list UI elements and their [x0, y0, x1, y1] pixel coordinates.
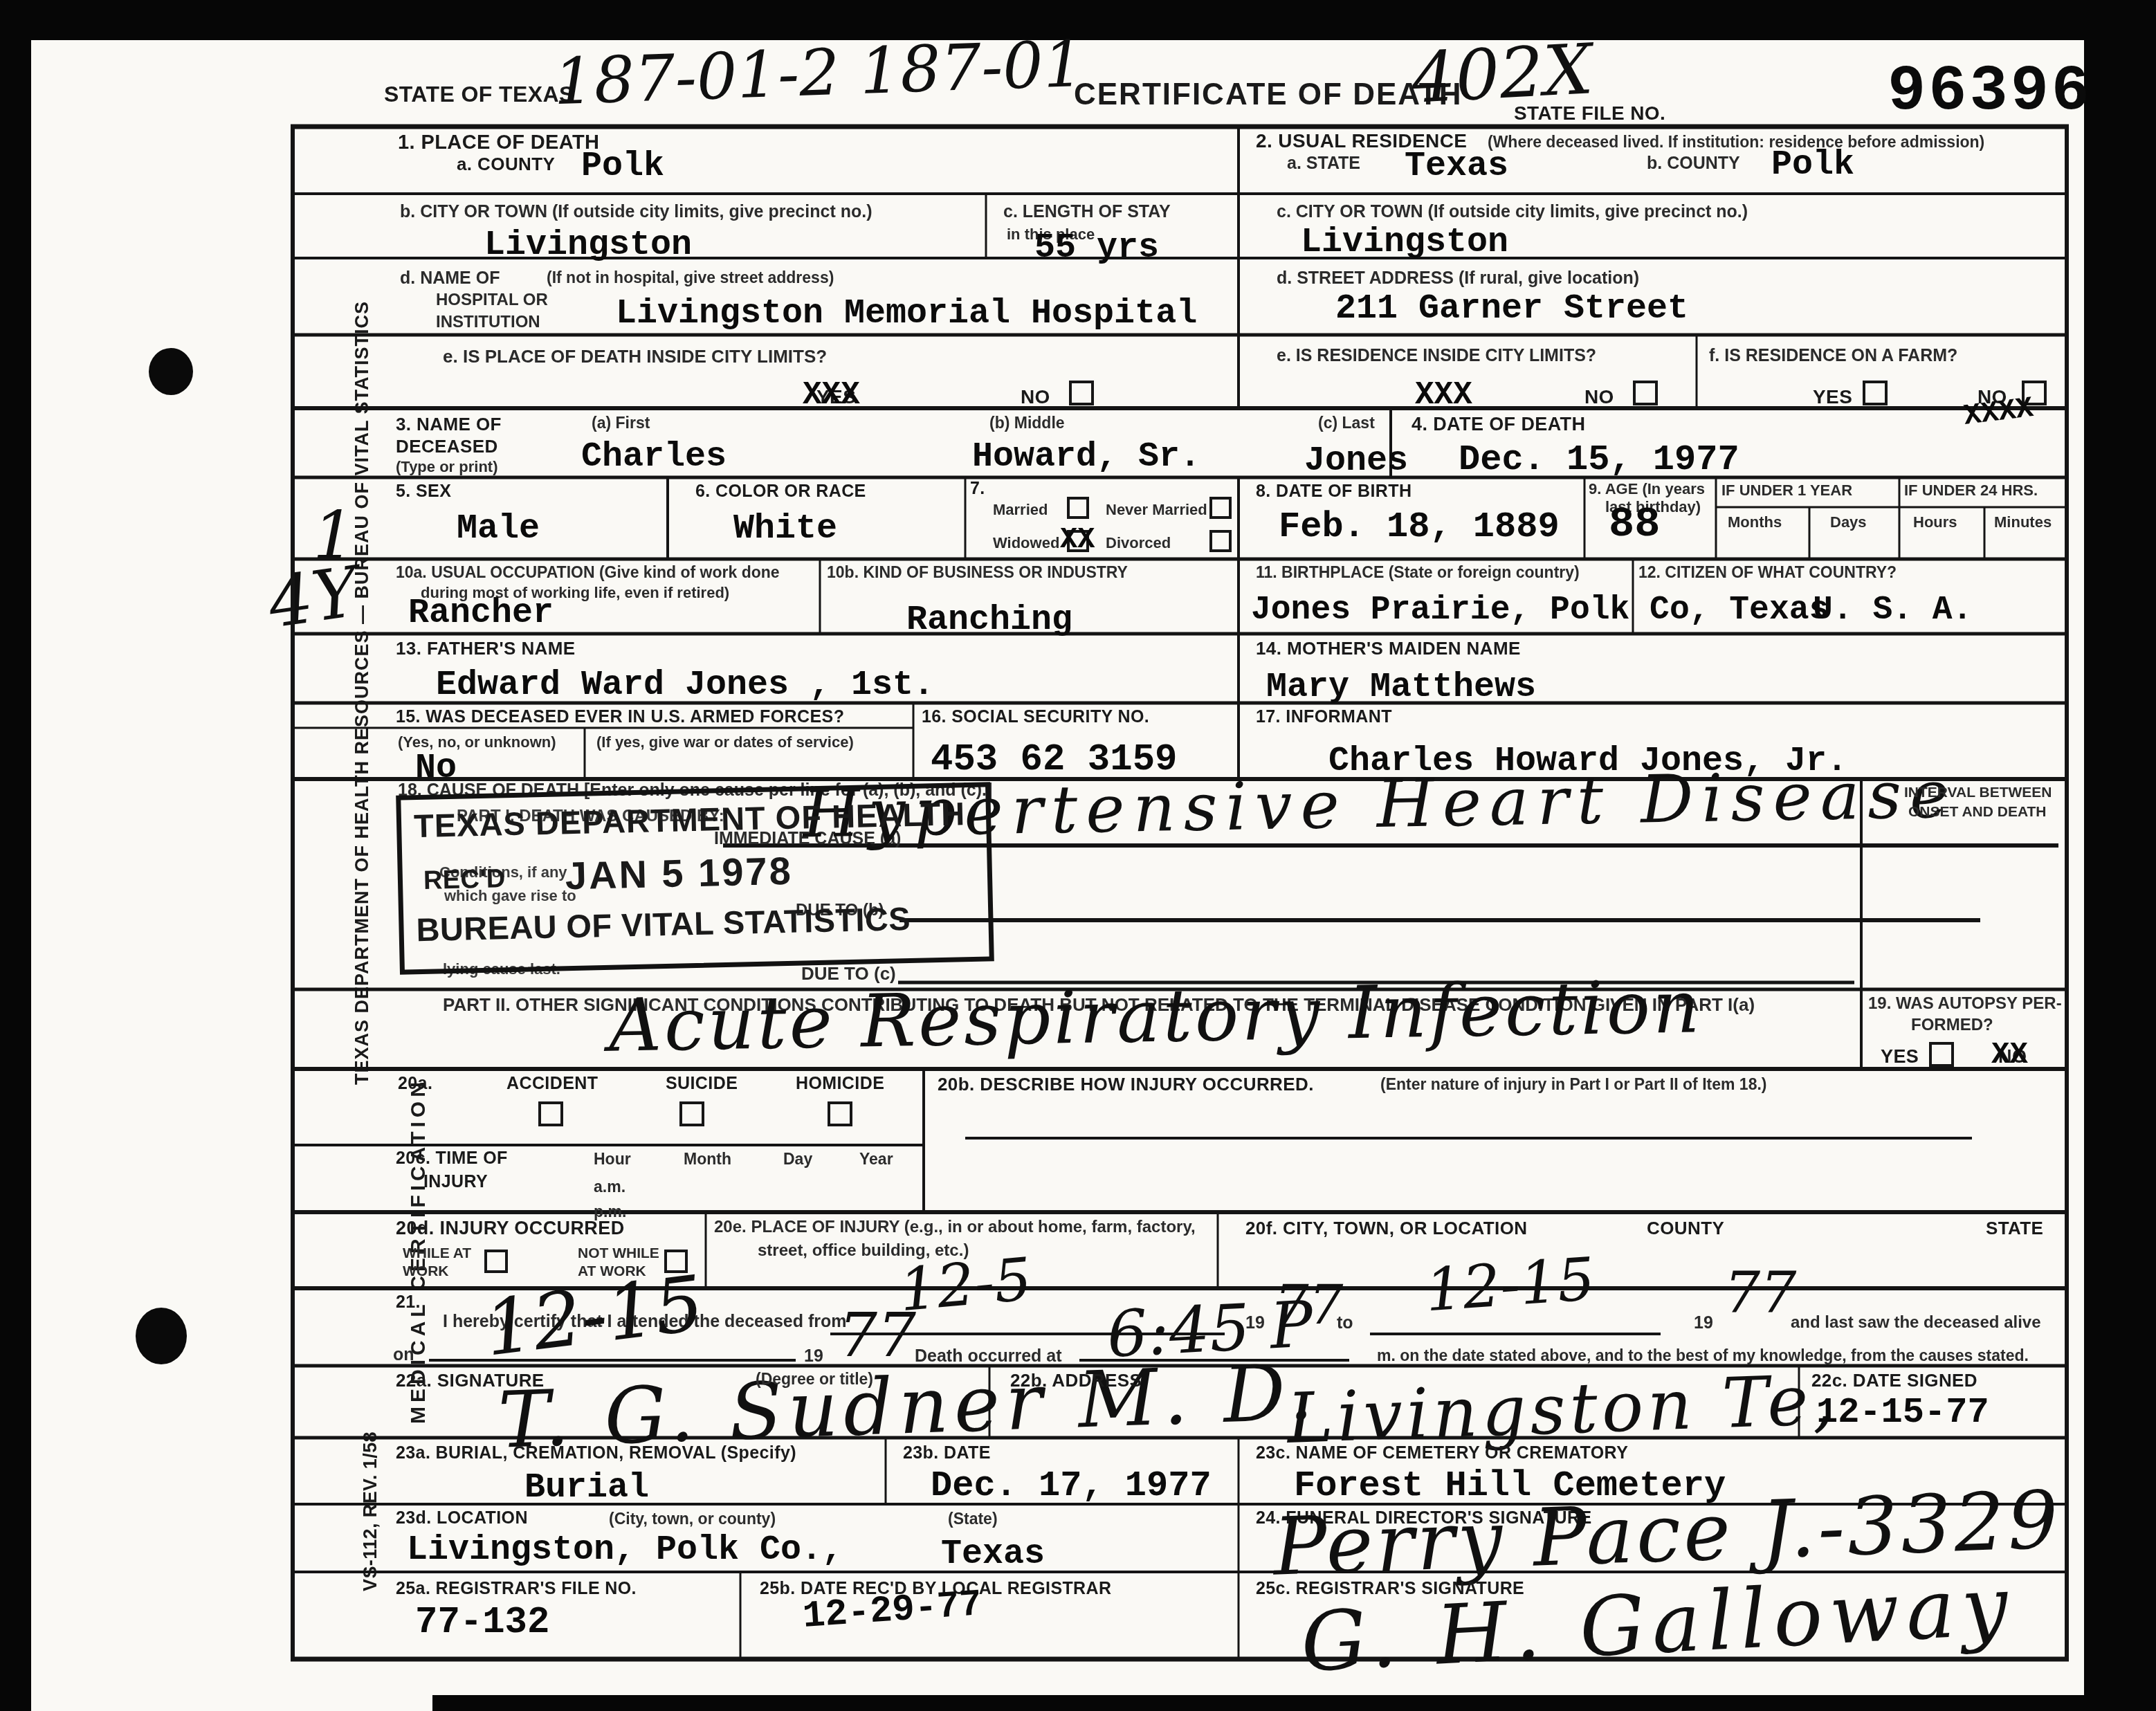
injury-20f-label: 20f. CITY, TOWN, OR LOCATION	[1245, 1218, 1527, 1239]
county-label: a. COUNTY	[457, 154, 555, 175]
death-certificate-scan: TEXAS DEPARTMENT OF HEALTH RESOURCES — B…	[0, 0, 2156, 1711]
occupation-value: Rancher	[408, 594, 554, 633]
length-of-stay-label: c. LENGTH OF STAY	[1003, 202, 1171, 222]
facility-label-3: INSTITUTION	[436, 313, 540, 332]
interval-label-2: ONSET AND DEATH	[1908, 804, 2047, 821]
date-signed-label: 22c. DATE SIGNED	[1811, 1370, 1977, 1391]
burial-location-note-2: (State)	[948, 1510, 998, 1528]
age-value: 88	[1609, 500, 1660, 549]
city-label: b. CITY OR TOWN (If outside city limits,…	[400, 202, 872, 222]
injury-20c-label-1: 20c. TIME OF	[396, 1149, 508, 1169]
hour-label: Hour	[594, 1150, 631, 1169]
city-value: Livingston	[484, 226, 692, 265]
middle-name-value: Howard, Sr.	[972, 437, 1200, 477]
birthplace-label: 11. BIRTHPLACE (State or foreign country…	[1256, 563, 1580, 582]
residence-section-note: (Where deceased lived. If institution: r…	[1488, 133, 1984, 152]
burial-location-note-1: (City, town, or county)	[609, 1510, 776, 1528]
first-name-label: (a) First	[592, 414, 650, 432]
burial-location-value-1: Livingston, Polk Co.,	[407, 1530, 843, 1570]
certify-text-2: and last saw the deceased alive	[1791, 1313, 2041, 1333]
stamp-date: JAN 5 1978	[565, 848, 793, 898]
stamp-line-2: BUREAU OF VITAL STATISTICS	[416, 899, 911, 949]
place-of-death-section-label: 1. PLACE OF DEATH	[398, 131, 599, 154]
registrar-file-no-label: 25a. REGISTRAR'S FILE NO.	[396, 1579, 637, 1599]
injury-20c-label-2: INJURY	[423, 1172, 488, 1192]
injury-20e-label-1: 20e. PLACE OF INJURY (e.g., in or about …	[714, 1218, 1196, 1237]
marital-label: 7.	[970, 479, 985, 499]
certify-to-label: to	[1337, 1313, 1353, 1333]
months-label: Months	[1728, 513, 1782, 531]
facility-note: (If not in hospital, give street address…	[547, 268, 834, 287]
name-label-1: 3. NAME OF	[396, 414, 502, 435]
facility-label-2: HOSPITAL OR	[436, 291, 548, 310]
widowed-label: Widowed	[993, 534, 1059, 552]
while-at-work-label-1: WHILE AT	[403, 1245, 471, 1262]
citizen-label: 12. CITIZEN OF WHAT COUNTRY?	[1638, 563, 1897, 582]
divorced-label: Divorced	[1106, 534, 1171, 552]
burial-location-label: 23d. LOCATION	[396, 1508, 528, 1528]
farm-yes-checkbox	[1863, 381, 1888, 405]
date-of-death-value: Dec. 15, 1977	[1459, 439, 1739, 480]
never-married-checkbox	[1209, 497, 1232, 519]
last-name-value: Jones	[1304, 441, 1408, 481]
father-name-value: Edward Ward Jones , 1st.	[436, 666, 934, 705]
death-limits-yes-mark: XXX	[803, 377, 860, 413]
residence-county-value: Polk	[1771, 145, 1854, 185]
injury-state-label: STATE	[1986, 1218, 2043, 1239]
widowed-mark: XX	[1060, 523, 1095, 556]
while-at-work-checkbox	[484, 1250, 508, 1273]
street-address-value: 211 Garner Street	[1335, 289, 1688, 329]
burial-date-label: 23b. DATE	[903, 1443, 991, 1463]
mother-name-value: Mary Matthews	[1266, 668, 1536, 707]
accident-label: ACCIDENT	[506, 1074, 598, 1094]
cemetery-label: 23c. NAME OF CEMETERY OR CREMATORY	[1256, 1443, 1628, 1463]
divorced-checkbox	[1209, 530, 1232, 552]
residence-city-label: c. CITY OR TOWN (If outside city limits,…	[1277, 202, 1748, 222]
date-of-death-label: 4. DATE OF DEATH	[1412, 414, 1585, 435]
death-city-limits-label: e. IS PLACE OF DEATH INSIDE CITY LIMITS?	[443, 346, 827, 367]
homicide-checkbox	[828, 1101, 852, 1126]
death-limits-no-label: NO	[1021, 386, 1050, 408]
first-name-value: Charles	[581, 437, 727, 477]
certify-year-3-printed: 19	[804, 1346, 823, 1366]
ssn-label: 16. SOCIAL SECURITY NO.	[922, 707, 1149, 727]
certify-text-3: m. on the date stated above, and to the …	[1377, 1346, 2029, 1365]
residence-county-label: b. COUNTY	[1647, 154, 1740, 174]
accident-checkbox	[538, 1101, 563, 1126]
armed-forces-label: 15. WAS DECEASED EVER IN U.S. ARMED FORC…	[396, 707, 844, 727]
suicide-checkbox	[679, 1101, 704, 1126]
farm-label: f. IS RESIDENCE ON A FARM?	[1709, 346, 1957, 366]
certify-to-handwritten: 12-15	[1423, 1245, 1597, 1326]
occupation-label-1: 10a. USUAL OCCUPATION (Give kind of work…	[396, 563, 780, 582]
residence-city-value: Livingston	[1301, 223, 1508, 262]
address-label: 22b. ADDRESS	[1010, 1370, 1142, 1391]
burial-value: Burial	[524, 1468, 649, 1508]
injury-20d-label: 20d. INJURY OCCURRED	[396, 1218, 625, 1239]
certify-on-label: on	[393, 1345, 414, 1365]
street-address-label: d. STREET ADDRESS (If rural, give locati…	[1277, 268, 1639, 289]
certify-from-handwritten: 12-5	[897, 1245, 1034, 1325]
injury-county-label: COUNTY	[1647, 1218, 1724, 1239]
married-label: Married	[993, 501, 1048, 519]
under-24-hrs-label: IF UNDER 24 HRS.	[1904, 482, 2038, 500]
not-while-label-1: NOT WHILE	[578, 1245, 659, 1262]
date-of-birth-value: Feb. 18, 1889	[1279, 506, 1560, 547]
sex-label: 5. SEX	[396, 482, 451, 502]
name-label-3: (Type or print)	[396, 458, 497, 476]
residence-state-value: Texas	[1405, 147, 1508, 186]
autopsy-label-2: FORMED?	[1911, 1016, 1993, 1035]
sex-value: Male	[457, 509, 540, 549]
certify-year-3-handwritten: 77	[839, 1299, 916, 1371]
burial-date-value: Dec. 17, 1977	[931, 1465, 1212, 1506]
received-stamp: TEXAS DEPARTMENT OF HEALTH REC'D JAN 5 1…	[396, 782, 994, 974]
mother-name-label: 14. MOTHER'S MAIDEN NAME	[1256, 638, 1521, 659]
month-label: Month	[684, 1150, 731, 1169]
stamp-recd-label: REC'D	[423, 864, 506, 896]
informant-label: 17. INFORMANT	[1256, 707, 1392, 727]
certify-year-2-handwritten: 77	[1724, 1261, 1796, 1326]
middle-name-label: (b) Middle	[989, 414, 1065, 432]
birthplace-value: Jones Prairie, Polk Co, Texas	[1251, 592, 1829, 629]
degree-or-title-label: (Degree or title)	[756, 1370, 873, 1389]
injury-20b-label: 20b. DESCRIBE HOW INJURY OCCURRED.	[938, 1074, 1314, 1095]
name-label-2: DECEASED	[396, 436, 498, 457]
autopsy-yes-checkbox	[1929, 1042, 1954, 1067]
death-limits-no-checkbox	[1069, 381, 1094, 405]
residence-limits-no-checkbox	[1633, 381, 1658, 405]
hours-label: Hours	[1913, 513, 1957, 531]
injury-20b-note: (Enter nature of injury in Part I or Par…	[1380, 1075, 1766, 1094]
certify-number: 21.	[396, 1292, 421, 1312]
citizen-value: U. S. A.	[1813, 592, 1972, 629]
homicide-label: HOMICIDE	[796, 1074, 884, 1094]
date-signed-value: 12-15-77	[1816, 1392, 1989, 1433]
race-label: 6. COLOR OR RACE	[695, 482, 866, 502]
interval-label-1: INTERVAL BETWEEN	[1904, 785, 2052, 801]
days-label: Days	[1830, 513, 1867, 531]
industry-label: 10b. KIND OF BUSINESS OR INDUSTRY	[827, 563, 1128, 582]
father-name-label: 13. FATHER'S NAME	[396, 638, 576, 659]
never-married-label: Never Married	[1106, 501, 1207, 519]
armed-forces-note-2: (If yes, give war or dates of service)	[596, 733, 854, 751]
residence-limits-yes-mark: XXX	[1415, 377, 1472, 413]
race-value: White	[733, 509, 837, 549]
stamp-line-1: TEXAS DEPARTMENT OF HEALTH	[414, 794, 966, 845]
autopsy-label-1: 19. WAS AUTOPSY PER-	[1868, 994, 2062, 1014]
autopsy-yes-label: YES	[1881, 1046, 1919, 1068]
day-label: Day	[783, 1150, 812, 1169]
facility-value: Livingston Memorial Hospital	[616, 294, 1197, 333]
under-1-year-label: IF UNDER 1 YEAR	[1721, 482, 1852, 500]
while-at-work-label-2: WORK	[403, 1263, 449, 1280]
county-value: Polk	[581, 147, 664, 186]
age-label-1: 9. AGE (In years	[1589, 480, 1705, 498]
residence-limits-label: e. IS RESIDENCE INSIDE CITY LIMITS?	[1277, 346, 1596, 366]
injury-20a-label: 20a.	[398, 1074, 432, 1094]
suicide-label: SUICIDE	[666, 1074, 738, 1094]
married-checkbox	[1067, 497, 1089, 519]
burial-label: 23a. BURIAL, CREMATION, REMOVAL (Specify…	[396, 1443, 796, 1463]
date-of-birth-label: 8. DATE OF BIRTH	[1256, 482, 1412, 502]
farm-yes-label: YES	[1813, 386, 1852, 408]
facility-label: d. NAME OF	[400, 268, 500, 289]
autopsy-no-mark: XX	[1991, 1038, 2028, 1072]
registrar-file-no-value: 77-132	[415, 1602, 549, 1644]
residence-state-label: a. STATE	[1287, 154, 1360, 174]
industry-value: Ranching	[906, 601, 1072, 640]
am-label: a.m.	[594, 1178, 625, 1196]
certify-year-2-printed: 19	[1694, 1313, 1713, 1333]
year-label: Year	[859, 1150, 893, 1169]
last-name-label: (c) Last	[1318, 414, 1375, 432]
burial-location-value-2: Texas	[941, 1535, 1045, 1574]
length-of-stay-value: 55 yrs	[1034, 228, 1159, 268]
minutes-label: Minutes	[1994, 513, 2052, 531]
residence-limits-no-label: NO	[1584, 386, 1614, 408]
